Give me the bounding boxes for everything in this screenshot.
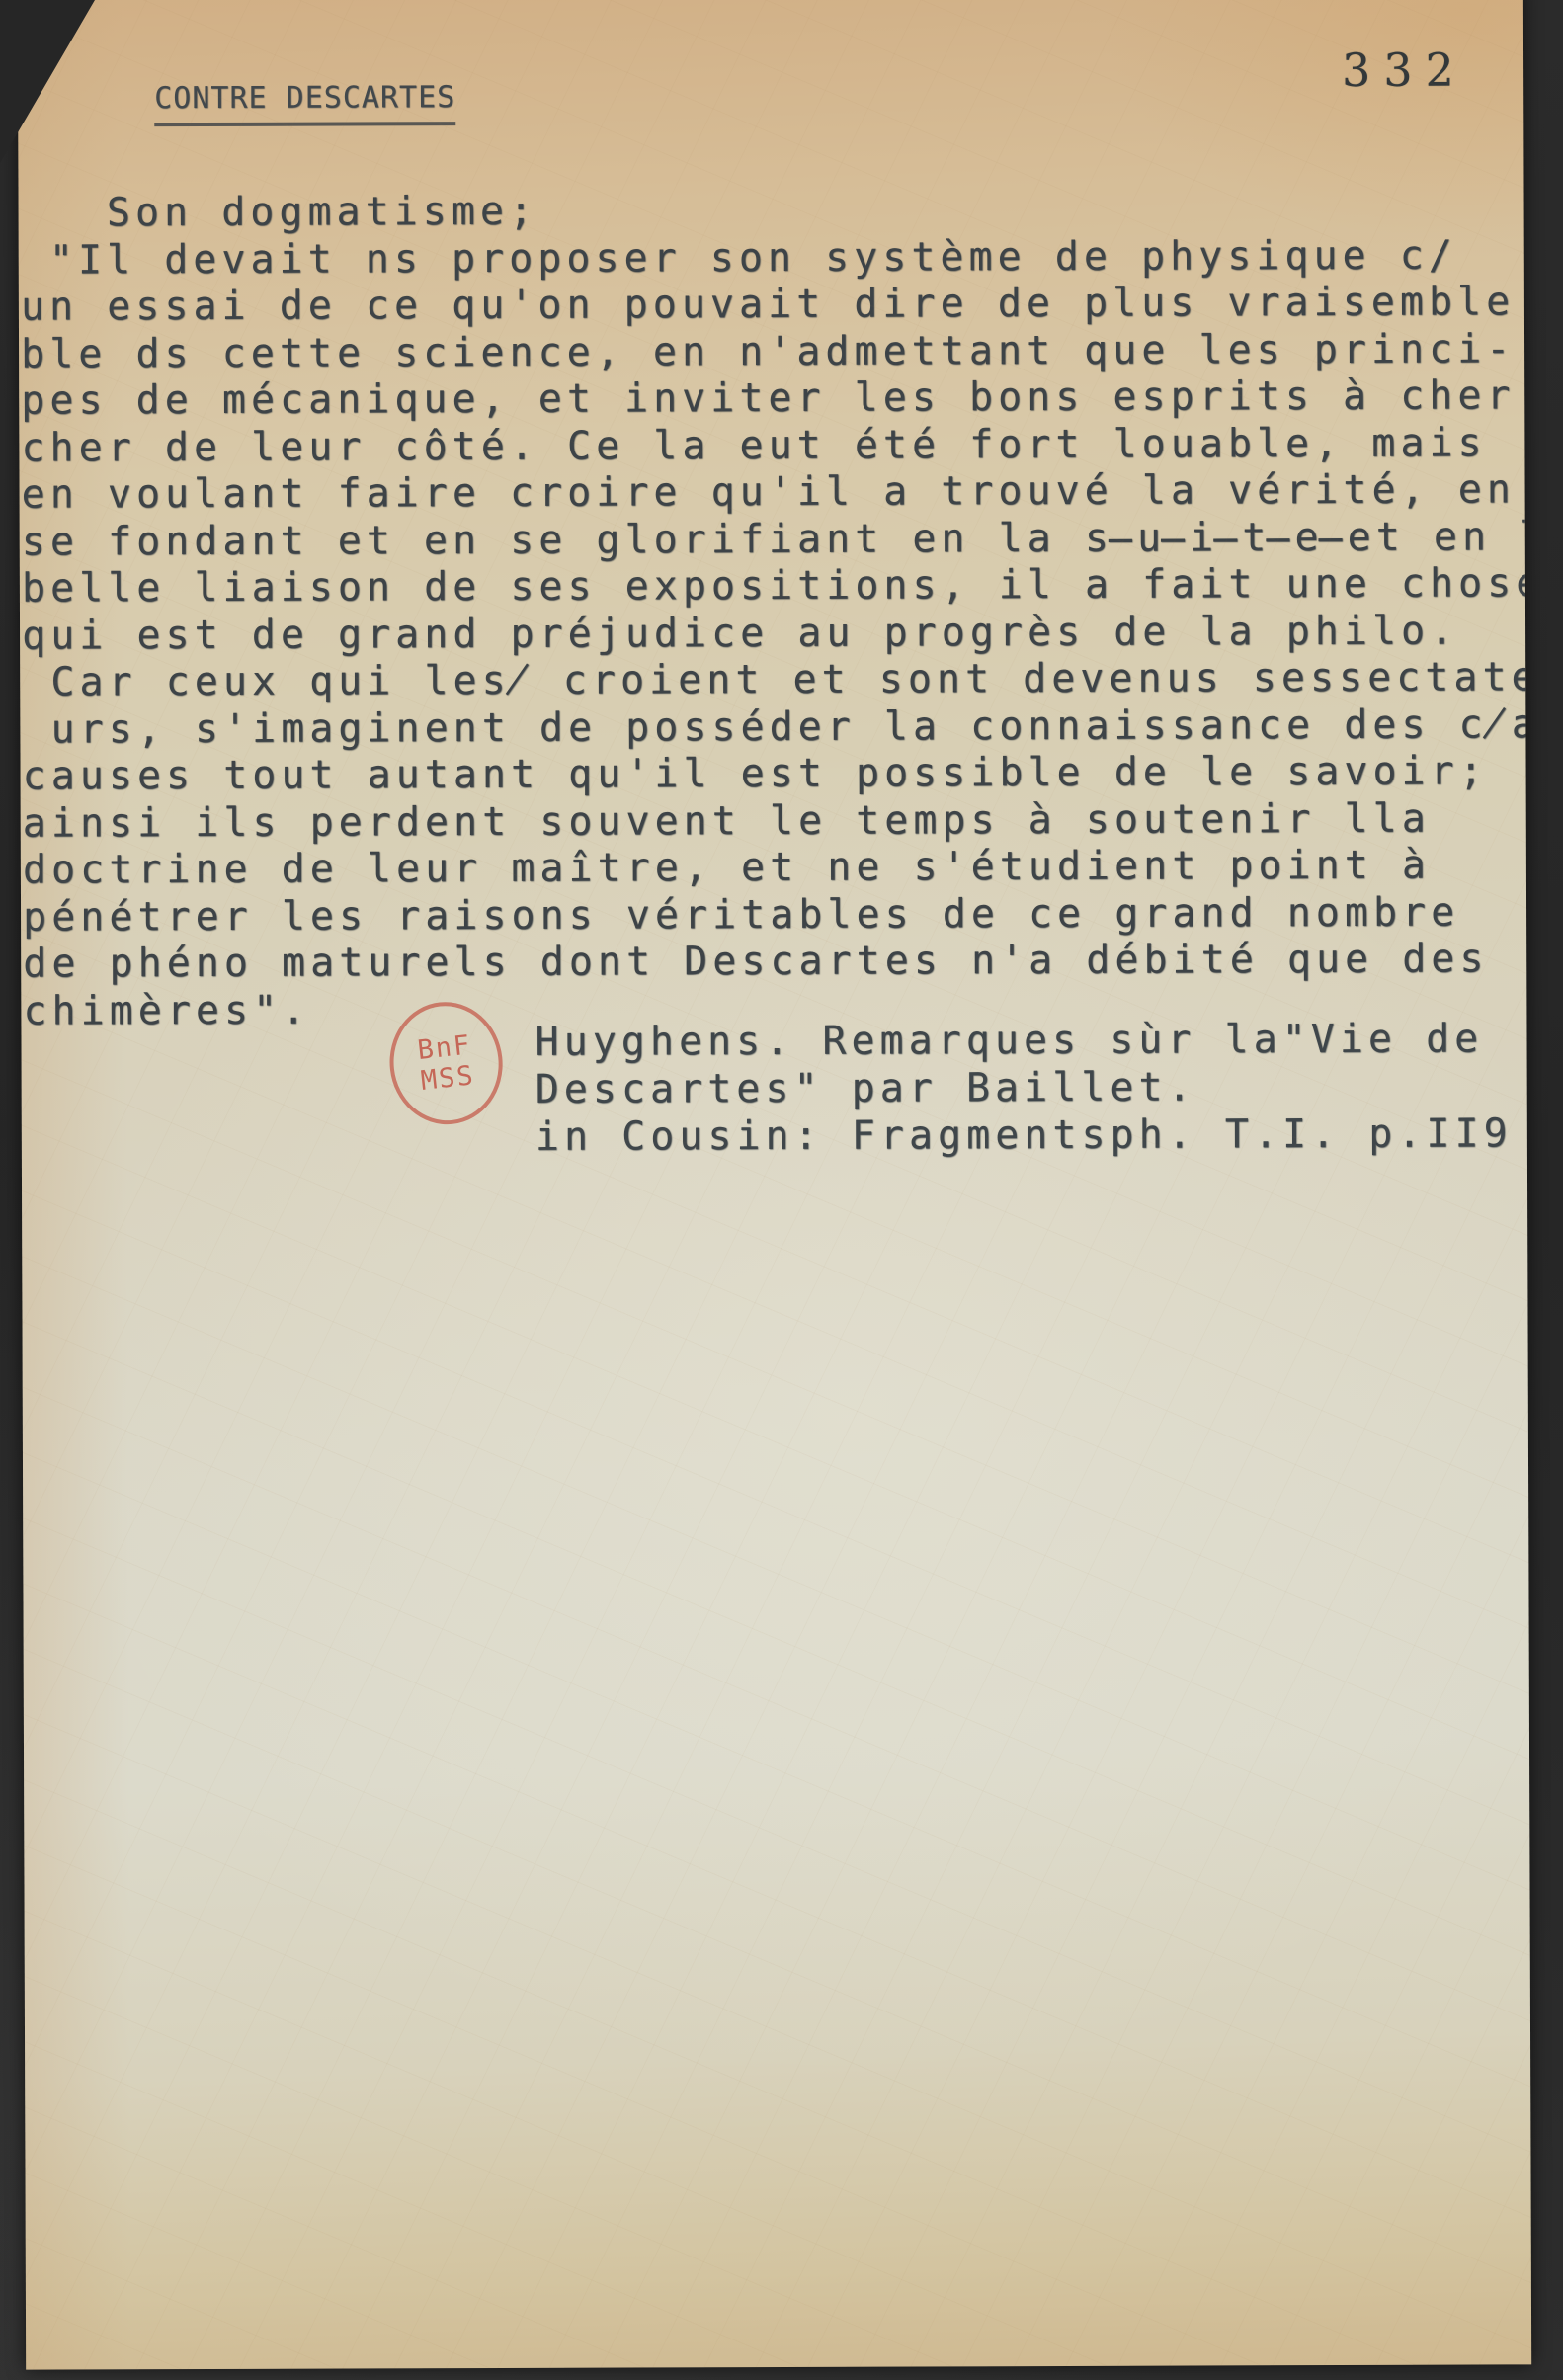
quote-line: Son dogmatisme; xyxy=(21,185,1532,237)
quote-line: "Il devait ns proposer son système de ph… xyxy=(21,232,1532,285)
quote-line: pénétrer les raisons véritables de ce gr… xyxy=(23,889,1531,942)
citation-block: Huyghens. Remarques sùr la"Vie deDescart… xyxy=(535,1015,1512,1160)
quote-line: ble ds cette science, en n'admettant que… xyxy=(21,326,1531,378)
citation-line: Huyghens. Remarques sùr la"Vie de xyxy=(535,1015,1512,1065)
quote-block: Son dogmatisme; "Il devait ns proposer s… xyxy=(21,185,1532,1034)
quote-line: se fondant et en se glorifiant en la s̶u… xyxy=(22,514,1532,566)
quote-line: qui est de grand préjudice au progrès de… xyxy=(22,608,1531,660)
citation-line: in Cousin: Fragmentsph. T.I. p.II9 xyxy=(535,1109,1513,1160)
quote-line: de phéno maturels dont Descartes n'a déb… xyxy=(23,936,1531,988)
quote-line: causes tout autant qu'il est possible de… xyxy=(22,748,1531,800)
quote-line: cher de leur côté. Ce la eut été fort lo… xyxy=(21,420,1531,472)
citation-line: Descartes" par Baillet. xyxy=(535,1062,1513,1112)
quote-line: Car ceux qui les̸ croient et sont devenu… xyxy=(22,654,1531,706)
quote-line: en voulant faire croire qu'il a trouvé l… xyxy=(21,466,1531,519)
page-number: 332 xyxy=(1342,43,1467,97)
quote-line: ainsi ils perdent souvent le temps à sou… xyxy=(23,795,1532,848)
quote-line: un essai de ce qu'on pouvait dire de plu… xyxy=(21,279,1531,331)
stamp-text-mss: MSS xyxy=(419,1060,476,1097)
quote-line: pes de mécanique, et inviter les bons es… xyxy=(21,372,1531,425)
index-card: 332 CONTRE DESCARTES Son dogmatisme; "Il… xyxy=(18,0,1531,2370)
quote-line: urs, s'imaginent de posséder la connaiss… xyxy=(22,701,1531,754)
quote-line: doctrine de leur maître, et ne s'étudien… xyxy=(23,842,1531,894)
page-title: CONTRE DESCARTES xyxy=(154,80,455,126)
quote-line: belle liaison de ses expositions, il a f… xyxy=(22,560,1531,613)
